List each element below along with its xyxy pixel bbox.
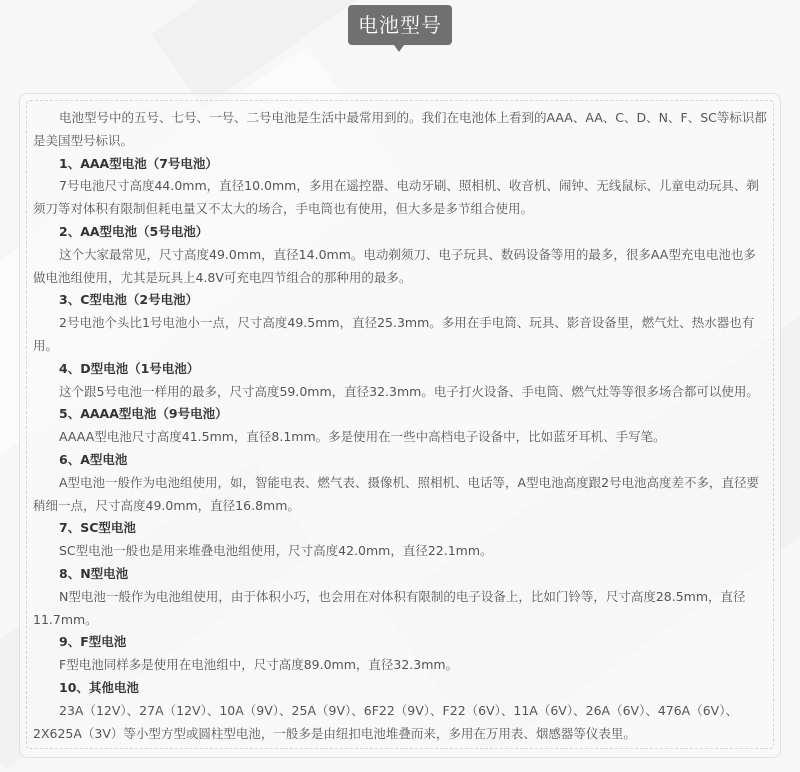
section-heading-a: 6、A型电池 <box>33 449 768 472</box>
section-heading-n: 8、N型电池 <box>33 563 768 586</box>
section-body-f: F型电池同样多是使用在电池组中，尺寸高度89.0mm，直径32.3mm。 <box>33 654 768 677</box>
section-heading-sc: 7、SC型电池 <box>33 517 768 540</box>
section-heading-aaaa: 5、AAAA型电池（9号电池） <box>33 403 768 426</box>
section-body-sc: SC型电池一般也是用来堆叠电池组使用，尺寸高度42.0mm，直径22.1mm。 <box>33 540 768 563</box>
page-title: 电池型号 <box>358 13 442 37</box>
section-body-d: 这个跟5号电池一样用的最多，尺寸高度59.0mm，直径32.3mm。电子打火设备… <box>33 381 768 404</box>
section-body-c: 2号电池个头比1号电池小一点，尺寸高度49.5mm，直径25.3mm。多用在手电… <box>33 312 768 358</box>
section-body-aa: 这个大家最常见，尺寸高度49.0mm，直径14.0mm。电动剃须刀、电子玩具、数… <box>33 244 768 290</box>
section-body-aaaa: AAAA型电池尺寸高度41.5mm，直径8.1mm。多是使用在一些中高档电子设备… <box>33 426 768 449</box>
section-heading-aa: 2、AA型电池（5号电池） <box>33 221 768 244</box>
intro-paragraph: 电池型号中的五号、七号、一号、二号电池是生活中最常用到的。我们在电池体上看到的A… <box>33 107 768 153</box>
section-body-n: N型电池一般作为电池组使用，由于体积小巧，也会用在对体积有限制的电子设备上，比如… <box>33 586 768 632</box>
page-title-badge: 电池型号 <box>348 5 452 45</box>
section-body-other: 23A（12V）、27A（12V）、10A（9V）、25A（9V）、6F22（9… <box>33 700 768 746</box>
section-heading-f: 9、F型电池 <box>33 631 768 654</box>
article-body: 电池型号中的五号、七号、一号、二号电池是生活中最常用到的。我们在电池体上看到的A… <box>33 107 768 745</box>
section-heading-c: 3、C型电池（2号电池） <box>33 289 768 312</box>
section-heading-aaa: 1、AAA型电池（7号电池） <box>33 153 768 176</box>
section-body-aaa: 7号电池尺寸高度44.0mm，直径10.0mm，多用在遥控器、电动牙刷、照相机、… <box>33 175 768 221</box>
section-heading-other: 10、其他电池 <box>33 677 768 700</box>
section-body-a: A型电池一般作为电池组使用，如，智能电表、燃气表、摄像机、照相机、电话等，A型电… <box>33 472 768 518</box>
section-heading-d: 4、D型电池（1号电池） <box>33 358 768 381</box>
